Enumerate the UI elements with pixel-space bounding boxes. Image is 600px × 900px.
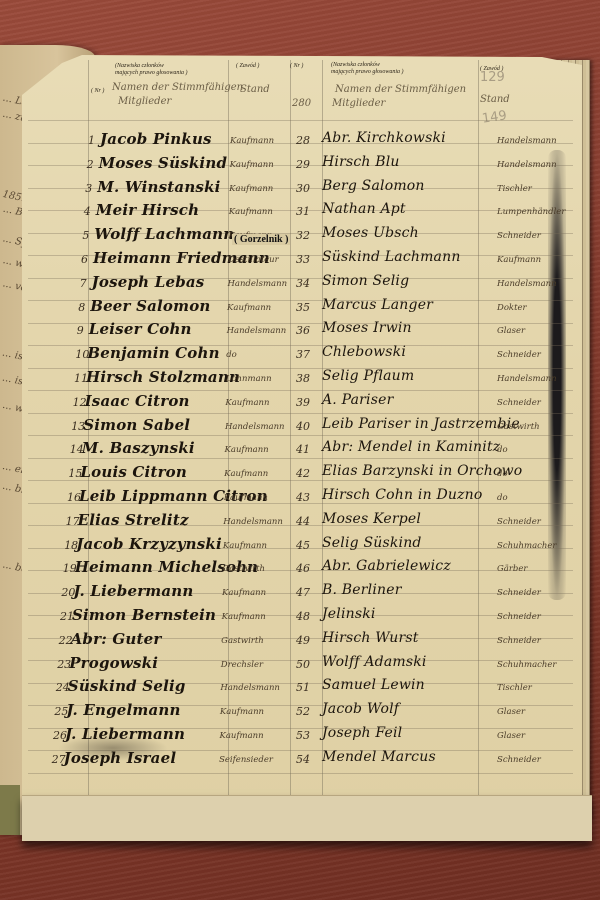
member-occupation: Drechsler: [221, 660, 263, 670]
member-occupation: Schneider: [497, 350, 541, 360]
member-name: Wolff Lachmann: [94, 225, 234, 243]
member-name: Wolff Adamski: [322, 654, 427, 670]
member-occupation: Schneider: [497, 636, 541, 646]
member-occupation: Handelsmann: [227, 326, 287, 336]
member-occupation: Glaser: [497, 326, 525, 336]
member-occupation: Kaufmann: [497, 255, 541, 265]
member-name: Süskind Selig: [68, 677, 186, 695]
member-occupation: Handelsmann: [225, 422, 285, 432]
ruled-line: [28, 435, 573, 436]
member-occupation: Lumpenhändler: [497, 207, 565, 217]
member-occupation: Schneider: [497, 612, 541, 622]
member-occupation: Handelsmann: [227, 279, 287, 289]
member-occupation: Gastwirth: [497, 422, 540, 432]
member-occupation: Gärber: [497, 564, 527, 574]
entry-number: 32: [296, 229, 310, 242]
member-name: B. Berliner: [322, 582, 402, 598]
member-occupation: Glaser: [497, 707, 525, 717]
member-occupation: Kaufmann: [225, 398, 269, 408]
member-name: J. Engelmann: [66, 701, 180, 719]
handwritten-occupation-heading-right: Stand: [480, 94, 510, 105]
member-occupation: Tischler: [497, 683, 532, 693]
member-occupation: Dokter: [497, 303, 527, 313]
member-name: Elias Strelitz: [78, 511, 189, 529]
member-occupation: do: [497, 445, 508, 455]
member-name: Jelinski: [322, 606, 376, 622]
entry-number: 2: [87, 158, 94, 171]
entry-number: 6: [81, 253, 88, 266]
entry-number: 45: [296, 539, 310, 552]
member-name: M. Winstanski: [97, 178, 220, 196]
member-name: J. Liebermann: [73, 582, 193, 600]
member-name: Jacob Wolf: [322, 701, 399, 717]
member-occupation: Kaufmann: [225, 445, 269, 455]
member-occupation: Handelsmann: [497, 160, 557, 170]
member-name: Abr: Guter: [71, 630, 162, 648]
entry-number: 49: [296, 634, 310, 647]
member-occupation: Kaufmann: [227, 303, 271, 313]
entry-number: 37: [296, 348, 310, 361]
member-name: Abr. Kirchkowski: [322, 130, 446, 146]
member-occupation: Handelsmann: [220, 683, 280, 693]
ruled-line: [28, 458, 573, 459]
member-name: Samuel Lewin: [322, 677, 425, 693]
entry-number: 34: [296, 277, 310, 290]
entry-number: 29: [296, 158, 310, 171]
member-occupation: Gastwirth: [221, 636, 264, 646]
member-occupation: Kaufmann: [220, 707, 264, 717]
page-bottom-margin: [22, 795, 592, 841]
entry-number: 54: [296, 753, 310, 766]
member-name: Jacob Pinkus: [100, 130, 212, 148]
member-occupation: Handelsmann: [497, 136, 557, 146]
member-name: Simon Selig: [322, 273, 409, 289]
member-name: Simon Sabel: [83, 416, 190, 434]
name-column-caption-right: (Nazwiska członków mających prawo głosow…: [331, 62, 404, 76]
entry-number: 39: [296, 396, 310, 409]
column-rule: [290, 60, 291, 795]
entry-number: 31: [296, 205, 310, 218]
member-occupation: Schuhmacher: [497, 541, 556, 551]
member-occupation: Seifensieder: [219, 755, 273, 765]
caption-line: (Nazwiska członków: [331, 62, 404, 69]
occupation-column-caption-left: ( Zawód ): [236, 63, 259, 70]
entry-number: 48: [296, 610, 310, 623]
member-name: Hirsch Wurst: [322, 630, 419, 646]
member-occupation: Handelsmann: [497, 279, 557, 289]
member-occupation: do: [497, 493, 508, 503]
entry-number: 42: [296, 467, 310, 480]
member-name: Mendel Marcus: [322, 749, 436, 765]
entry-number: 44: [296, 515, 310, 528]
member-occupation: Kaufmann: [229, 184, 273, 194]
member-name: Süskind Lachmann: [322, 249, 461, 265]
member-name: Hirsch Blu: [322, 154, 400, 170]
member-name: Abr: Mendel in Kaminitz: [322, 439, 500, 455]
entry-number: 52: [296, 705, 310, 718]
member-name: Selig Süskind: [322, 535, 422, 551]
entry-number: 41: [296, 443, 310, 456]
member-occupation: Kaufmann: [222, 612, 266, 622]
member-name: Hirsch Stolzmann: [86, 368, 240, 386]
handwritten-heading-left: Namen der Stimmfähigen: [112, 82, 243, 93]
left-page-tab: [0, 785, 20, 835]
handwritten-heading-right: Namen der Stimmfähigen: [335, 84, 466, 95]
handwritten-heading-left-2: Mitglieder: [118, 96, 171, 107]
member-name: Benjamin Cohn: [87, 344, 219, 362]
member-occupation: do: [497, 469, 508, 479]
handwritten-nr-right: 280: [292, 98, 311, 109]
ruled-line: [28, 120, 573, 121]
member-name: Progowski: [69, 654, 158, 672]
caption-line: (Nazwiska członków: [115, 63, 188, 70]
entry-number: 3: [85, 182, 92, 195]
member-occupation: Kaufmann: [223, 541, 267, 551]
member-name: Joseph Lebas: [92, 273, 205, 291]
member-name: Abr. Gabrielewicz: [322, 558, 451, 574]
member-occupation: Schneider: [497, 398, 541, 408]
handwritten-occupation-heading-left: Stand: [240, 84, 270, 95]
member-name: Simon Bernstein: [72, 606, 216, 624]
entry-number: 43: [296, 491, 310, 504]
member-occupation: Kaufmann: [230, 136, 274, 146]
entry-number: 35: [296, 301, 310, 314]
entry-number: 47: [296, 586, 310, 599]
member-occupation: Destillateur: [228, 255, 279, 265]
member-name: Moses Kerpel: [322, 511, 421, 527]
member-name: Meir Hirsch: [96, 201, 199, 219]
entry-number: 46: [296, 562, 310, 575]
member-occupation: Glaser: [497, 731, 525, 741]
caption-line: mających prawo głosowania ): [331, 69, 404, 76]
member-name: Moses Ubsch: [322, 225, 419, 241]
member-occupation: Lohnmann: [226, 374, 272, 384]
entry-number: 28: [296, 134, 310, 147]
member-occupation: do: [226, 350, 237, 360]
member-occupation: Kaufmann: [222, 588, 266, 598]
nr-column-caption-left: ( Nr ): [91, 88, 104, 95]
member-name: Marcus Langer: [322, 297, 433, 313]
entry-number: 51: [296, 681, 310, 694]
entry-number: 40: [296, 420, 310, 433]
member-name: Joseph Feil: [322, 725, 402, 741]
member-occupation: Schneider: [497, 755, 541, 765]
member-name: Selig Pflaum: [322, 368, 414, 384]
member-name: Hirsch Cohn in Duzno: [322, 487, 483, 503]
member-name: Chlebowski: [322, 344, 406, 360]
member-name: Moses Süskind: [99, 154, 228, 172]
entry-number: 1: [88, 134, 95, 147]
entry-number: 7: [80, 277, 87, 290]
member-occupation: Kaufmann: [230, 160, 274, 170]
entry-number: 53: [296, 729, 310, 742]
member-name: A. Pariser: [322, 392, 393, 408]
member-occupation: Kaufmann: [224, 493, 268, 503]
member-occupation: Schuhmacher: [497, 660, 556, 670]
name-column-caption-left: (Nazwiska członków mających prawo głosow…: [115, 63, 188, 77]
handwritten-heading-right-2: Mitglieder: [332, 98, 385, 109]
member-name: Beer Salomon: [90, 297, 210, 315]
member-name: Moses Irwin: [322, 320, 412, 336]
entry-number: 8: [78, 301, 85, 314]
entry-number: 38: [296, 372, 310, 385]
entry-number: 9: [77, 324, 84, 337]
entry-number: 5: [82, 229, 89, 242]
member-name: Louis Citron: [80, 463, 187, 481]
member-occupation: Tischler: [497, 184, 532, 194]
member-occupation: Handelsmann: [497, 374, 557, 384]
member-name: Elias Barzynski in Orchowo: [322, 463, 522, 479]
ruled-line: [28, 773, 573, 774]
member-name: Jacob Krzyzynski: [76, 535, 222, 553]
entry-number: 36: [296, 324, 310, 337]
entry-number: 33: [296, 253, 310, 266]
member-name: M. Baszynski: [82, 439, 195, 457]
member-name: Isaac Citron: [85, 392, 190, 410]
entry-number: 4: [84, 205, 91, 218]
member-occupation: Schneider: [497, 588, 541, 598]
member-name: Leib Pariser in Jastrzembie: [322, 416, 520, 432]
caption-line: mających prawo głosowania ): [115, 70, 188, 77]
ruled-line: [28, 413, 573, 414]
member-name: Berg Salomon: [322, 178, 425, 194]
member-occupation: Handelsmann: [223, 517, 283, 527]
member-occupation: Kaufmann: [220, 731, 264, 741]
member-occupation: Kaufmann: [224, 469, 268, 479]
entry-number: 30: [296, 182, 310, 195]
member-name: Leiser Cohn: [89, 320, 192, 338]
member-occupation: Schneider: [497, 517, 541, 527]
member-name: Nathan Apt: [322, 201, 406, 217]
member-occupation: Gastwirth: [222, 564, 265, 574]
member-occupation: Kaufmann: [229, 207, 273, 217]
ink-smear: [58, 735, 168, 761]
nr-column-caption-right: ( Nr ): [290, 63, 303, 70]
member-occupation: Schneider: [497, 231, 541, 241]
pencil-mark: 129: [480, 70, 505, 85]
entry-number: 50: [296, 658, 310, 671]
gorzelnik-annotation: ( Gorzelnik ): [232, 234, 290, 245]
